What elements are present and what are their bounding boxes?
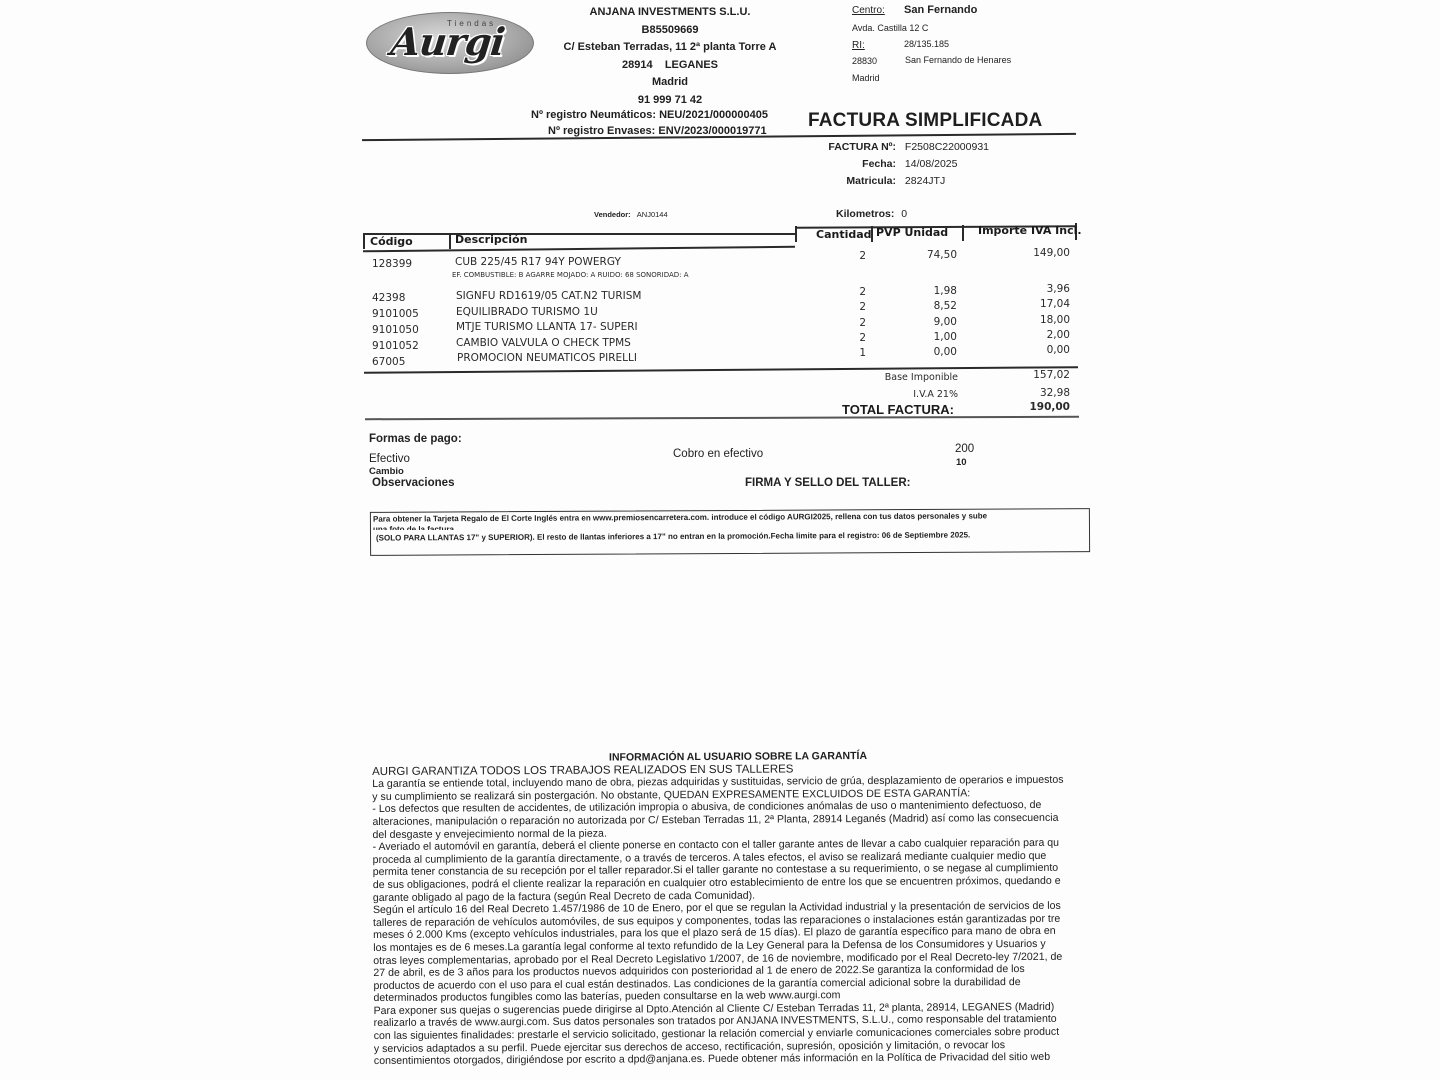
row-unit-price: 0,00	[900, 346, 957, 358]
row-code: 9101052	[372, 340, 419, 352]
payment-title: Formas de pago:	[369, 433, 462, 445]
company-cif: B85509669	[520, 22, 820, 40]
row-code: 128399	[372, 258, 412, 270]
row-description: SIGNFU RD1619/05 CAT.N2 TURISM	[456, 290, 641, 302]
ri-value: 28/135.185	[904, 39, 949, 49]
row-code: 67005	[372, 356, 405, 368]
row-qty: 2	[850, 286, 866, 298]
company-info: ANJANA INVESTMENTS S.L.U. B85509669 C/ E…	[520, 4, 820, 109]
row-unit-price: 74,50	[900, 249, 957, 261]
invoice-plate: 2824JTJ	[905, 175, 945, 187]
iva-label: I.V.A 21%	[820, 389, 958, 400]
row-amount: 3,96	[1000, 283, 1070, 295]
km-value: 0	[901, 208, 907, 220]
row-description: PROMOCION NEUMATICOS PIRELLI	[457, 352, 637, 364]
table-col-border	[449, 233, 451, 249]
centro-postal-code: 28830	[852, 56, 877, 66]
payment-amount: 200	[955, 443, 974, 455]
row-amount: 18,00	[1000, 314, 1070, 326]
col-header-unit-price: PVP Unidad	[876, 226, 948, 239]
payment-method-desc: Cobro en efectivo	[673, 448, 763, 460]
aurgi-logo: Tiendas Aurgi	[366, 12, 534, 74]
ri-label: RI:	[852, 40, 865, 51]
centro-label: Centro:	[852, 5, 885, 16]
totals-bottom-rule	[365, 416, 1079, 420]
row-description: EQUILIBRADO TURISMO 1U	[456, 306, 598, 318]
row-description: CUB 225/45 R17 94Y POWERGY	[455, 256, 621, 268]
seller-row: Vendedor: ANJ0144	[594, 210, 668, 219]
warranty-section: INFORMACIÓN AL USUARIO SOBRE LA GARANTÍA…	[372, 749, 1106, 1068]
logo-wordmark: Aurgi	[389, 19, 507, 64]
row-unit-price: 9,00	[900, 316, 957, 328]
payment-method: Efectivo	[369, 453, 410, 465]
total-value: 190,00	[1000, 401, 1070, 413]
invoice-number-row: FACTURA Nº: F2508C22000931	[800, 141, 989, 153]
row-description: MTJE TURISMO LLANTA 17- SUPERI	[456, 321, 638, 333]
change-value: 10	[956, 457, 967, 468]
table-col-border	[363, 233, 365, 249]
table-header-bottom	[363, 246, 795, 253]
row-amount: 2,00	[1000, 329, 1070, 341]
seller-label: Vendedor:	[594, 210, 631, 219]
invoice-date: 14/08/2025	[905, 158, 958, 170]
km-row: Kilometros: 0	[836, 208, 907, 220]
row-unit-price: 1,00	[900, 331, 957, 343]
invoice-plate-label: Matricula:	[800, 175, 896, 187]
signature-label: FIRMA Y SELLO DEL TALLER:	[745, 477, 910, 489]
row-code: 9101005	[372, 308, 419, 320]
row-code: 9101050	[372, 324, 419, 336]
table-col-border	[962, 225, 964, 241]
total-label: TOTAL FACTURA:	[842, 402, 954, 417]
iva-value: 32,98	[1000, 387, 1070, 399]
base-label: Base Imponible	[820, 372, 958, 383]
observations-label: Observaciones	[372, 477, 454, 489]
row-note: EF. COMBUSTIBLE: B AGARRE MOJADO: A RUID…	[452, 271, 689, 279]
invoice-date-label: Fecha:	[800, 158, 896, 170]
company-phone: 91 999 71 42	[520, 92, 820, 110]
row-amount: 149,00	[1000, 247, 1070, 259]
col-header-amount: Importe IVA Incl.	[978, 224, 1082, 237]
company-address: C/ Esteban Terradas, 11 2ª planta Torre …	[520, 39, 820, 57]
invoice-number-label: FACTURA Nº:	[800, 141, 896, 153]
warranty-body: La garantía se entiende total, incluyend…	[372, 774, 1106, 1068]
row-unit-price: 1,98	[900, 285, 957, 297]
invoice-date-row: Fecha: 14/08/2025	[800, 158, 957, 170]
centro-city: San Fernando de Henares	[905, 55, 1011, 65]
reg-neumaticos: Nº registro Neumáticos: NEU/2021/0000004…	[531, 109, 768, 121]
promo-line-1b: una foto de la factura	[373, 525, 454, 530]
invoice-title: FACTURA SIMPLIFICADA	[808, 110, 1042, 132]
centro-province: Madrid	[852, 73, 880, 83]
company-postal-code: 28914	[622, 59, 653, 71]
table-header-top-left	[363, 233, 795, 235]
row-qty: 2	[850, 250, 866, 262]
company-name: ANJANA INVESTMENTS S.L.U.	[520, 4, 820, 22]
change-label: Cambio	[369, 466, 404, 477]
invoice-number: F2508C22000931	[905, 141, 989, 153]
row-unit-price: 8,52	[900, 300, 957, 312]
table-bottom-rule	[364, 366, 1078, 374]
row-description: CAMBIO VALVULA O CHECK TPMS	[456, 337, 631, 349]
col-header-description: Descripción	[455, 233, 527, 246]
invoice-plate-row: Matricula: 2824JTJ	[800, 175, 945, 187]
company-city-line: 28914 LEGANES	[520, 57, 820, 75]
row-qty: 2	[850, 317, 866, 329]
company-city: LEGANES	[665, 59, 718, 71]
km-label: Kilometros:	[836, 208, 894, 220]
row-amount: 17,04	[1000, 298, 1070, 310]
table-col-border	[795, 226, 797, 242]
centro-address: Avda. Castilla 12 C	[852, 23, 928, 33]
base-value: 157,02	[1000, 369, 1070, 381]
row-qty: 2	[850, 332, 866, 344]
company-province: Madrid	[520, 74, 820, 92]
seller-value: ANJ0144	[637, 210, 668, 219]
centro-name: San Fernando	[904, 4, 977, 16]
row-qty: 2	[850, 301, 866, 313]
row-amount: 0,00	[1000, 344, 1070, 356]
row-code: 42398	[372, 292, 405, 304]
col-header-code: Código	[370, 235, 413, 248]
invoice-page: Tiendas Aurgi ANJANA INVESTMENTS S.L.U. …	[0, 0, 1440, 1080]
row-qty: 1	[850, 347, 866, 359]
col-header-qty: Cantidad	[816, 228, 872, 241]
